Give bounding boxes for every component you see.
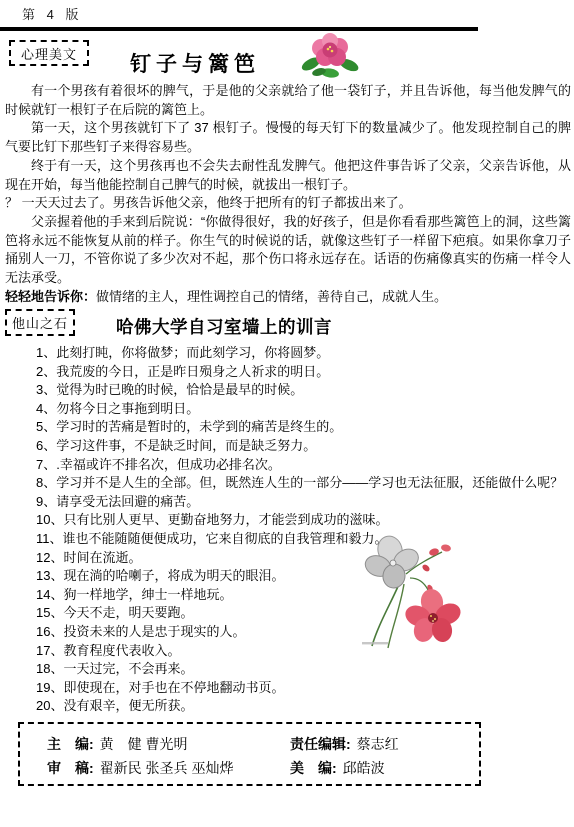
motto-item: 16、投资未来的人是忠于现实的人。 xyxy=(36,623,574,642)
credit-value: 黄 健 曹光明 xyxy=(100,736,188,752)
newspaper-page: 第 4 版 心理美文 钉子与篱笆 有一个男孩有着很坏的脾气，于是他的父亲就给了他… xyxy=(0,0,574,827)
motto-item: 9、请享受无法回避的痛苦。 xyxy=(36,493,574,512)
motto-item: 12、时间在流逝。 xyxy=(36,549,574,568)
credits-box: 主 编:黄 健 曹光明 责任编辑:蔡志红 审 稿:翟新民 张圣兵 巫灿烨 美 编… xyxy=(18,722,481,786)
peony-flower-icon xyxy=(297,28,365,80)
motto-item: 13、现在淌的哈喇子，将成为明天的眼泪。 xyxy=(36,567,574,586)
paragraph: 父亲握着他的手来到后院说：“你做得很好，我的好孩子，但是你看看那些篱笆上的洞，这… xyxy=(5,213,571,288)
credit-value: 翟新民 张圣兵 巫灿烨 xyxy=(100,760,234,776)
credit-reviewers: 审 稿:翟新民 张圣兵 巫灿烨 xyxy=(47,756,290,780)
moral-line: 轻轻地告诉你：做情绪的主人，理性调控自己的情绪，善待自己，成就人生。 xyxy=(5,288,571,307)
column-tag-stones: 他山之石 xyxy=(5,309,75,336)
credits-row: 审 稿:翟新民 张圣兵 巫灿烨 美 编:邱皓波 xyxy=(47,756,479,780)
article1-body: 有一个男孩有着很坏的脾气，于是他的父亲就给了他一袋钉子，并且告诉他，每当他发脾气… xyxy=(5,82,571,306)
credit-art-editor: 美 编:邱皓波 xyxy=(290,756,385,780)
motto-item: 20、没有艰辛，便无所获。 xyxy=(36,697,574,716)
motto-item: 7、.幸福或许不排名次，但成功必排名次。 xyxy=(36,456,574,475)
watermark-text xyxy=(362,642,388,644)
credit-label: 审 稿: xyxy=(47,760,94,776)
motto-item: 15、今天不走，明天要跑。 xyxy=(36,604,574,623)
motto-item: 5、学习时的苦痛是暂时的，未学到的痛苦是终生的。 xyxy=(36,418,574,437)
motto-item: 17、教育程度代表收入。 xyxy=(36,642,574,661)
motto-item: 11、谁也不能随随便便成功，它来自彻底的自我管理和毅力。 xyxy=(36,530,574,549)
credit-label: 主 编: xyxy=(47,736,94,752)
motto-item: 10、只有比别人更早、更勤奋地努力，才能尝到成功的滋味。 xyxy=(36,511,574,530)
paragraph: ？ 一天天过去了。男孩告诉他父亲，他终于把所有的钉子都拔出来了。 xyxy=(5,194,571,213)
motto-item: 14、狗一样地学，绅士一样地玩。 xyxy=(36,586,574,605)
article2-title: 哈佛大学自习室墙上的训言 xyxy=(116,314,332,339)
column-tag-psychology: 心理美文 xyxy=(9,40,89,66)
paragraph: 有一个男孩有着很坏的脾气，于是他的父亲就给了他一袋钉子，并且告诉他，每当他发脾气… xyxy=(5,82,571,119)
header-rule xyxy=(0,27,478,31)
flowers-illustration-icon xyxy=(360,530,474,650)
motto-item: 1、此刻打盹，你将做梦；而此刻学习，你将圆梦。 xyxy=(36,344,574,363)
motto-item: 3、觉得为时已晚的时候，恰恰是最早的时候。 xyxy=(36,381,574,400)
credit-value: 蔡志红 xyxy=(357,736,399,752)
moral-text: 做情绪的主人，理性调控自己的情绪，善待自己，成就人生。 xyxy=(96,289,447,304)
credit-responsible-editor: 责任编辑:蔡志红 xyxy=(290,732,399,756)
moral-label: 轻轻地告诉你： xyxy=(5,289,96,304)
credit-label: 美 编: xyxy=(290,760,337,776)
paragraph: 终于有一天，这个男孩再也不会失去耐性乱发脾气。他把这件事告诉了父亲，父亲告诉他，… xyxy=(5,157,571,194)
credit-label: 责任编辑: xyxy=(290,736,351,752)
page-number: 第 4 版 xyxy=(22,4,82,23)
motto-item: 6、学习这件事，不是缺乏时间，而是缺乏努力。 xyxy=(36,437,574,456)
motto-item: 2、我荒废的今日，正是昨日殒身之人祈求的明日。 xyxy=(36,363,574,382)
credits-row: 主 编:黄 健 曹光明 责任编辑:蔡志红 xyxy=(47,732,479,756)
credit-value: 邱皓波 xyxy=(343,760,385,776)
motto-item: 8、学习并不是人生的全部。但，既然连人生的一部分——学习也无法征服，还能做什么呢… xyxy=(36,474,574,493)
credit-chief-editor: 主 编:黄 健 曹光明 xyxy=(47,732,290,756)
motto-item: 18、一天过完，不会再来。 xyxy=(36,660,574,679)
motto-item: 19、即使现在，对手也在不停地翻动书页。 xyxy=(36,679,574,698)
motto-list: 1、此刻打盹，你将做梦；而此刻学习，你将圆梦。 2、我荒废的今日，正是昨日殒身之… xyxy=(0,344,574,716)
motto-item: 4、勿将今日之事拖到明日。 xyxy=(36,400,574,419)
paragraph: 第一天，这个男孩就钉下了 37 根钉子。慢慢的每天钉下的数量减少了。他发现控制自… xyxy=(5,119,571,156)
article1-title: 钉子与篱笆 xyxy=(130,48,260,78)
